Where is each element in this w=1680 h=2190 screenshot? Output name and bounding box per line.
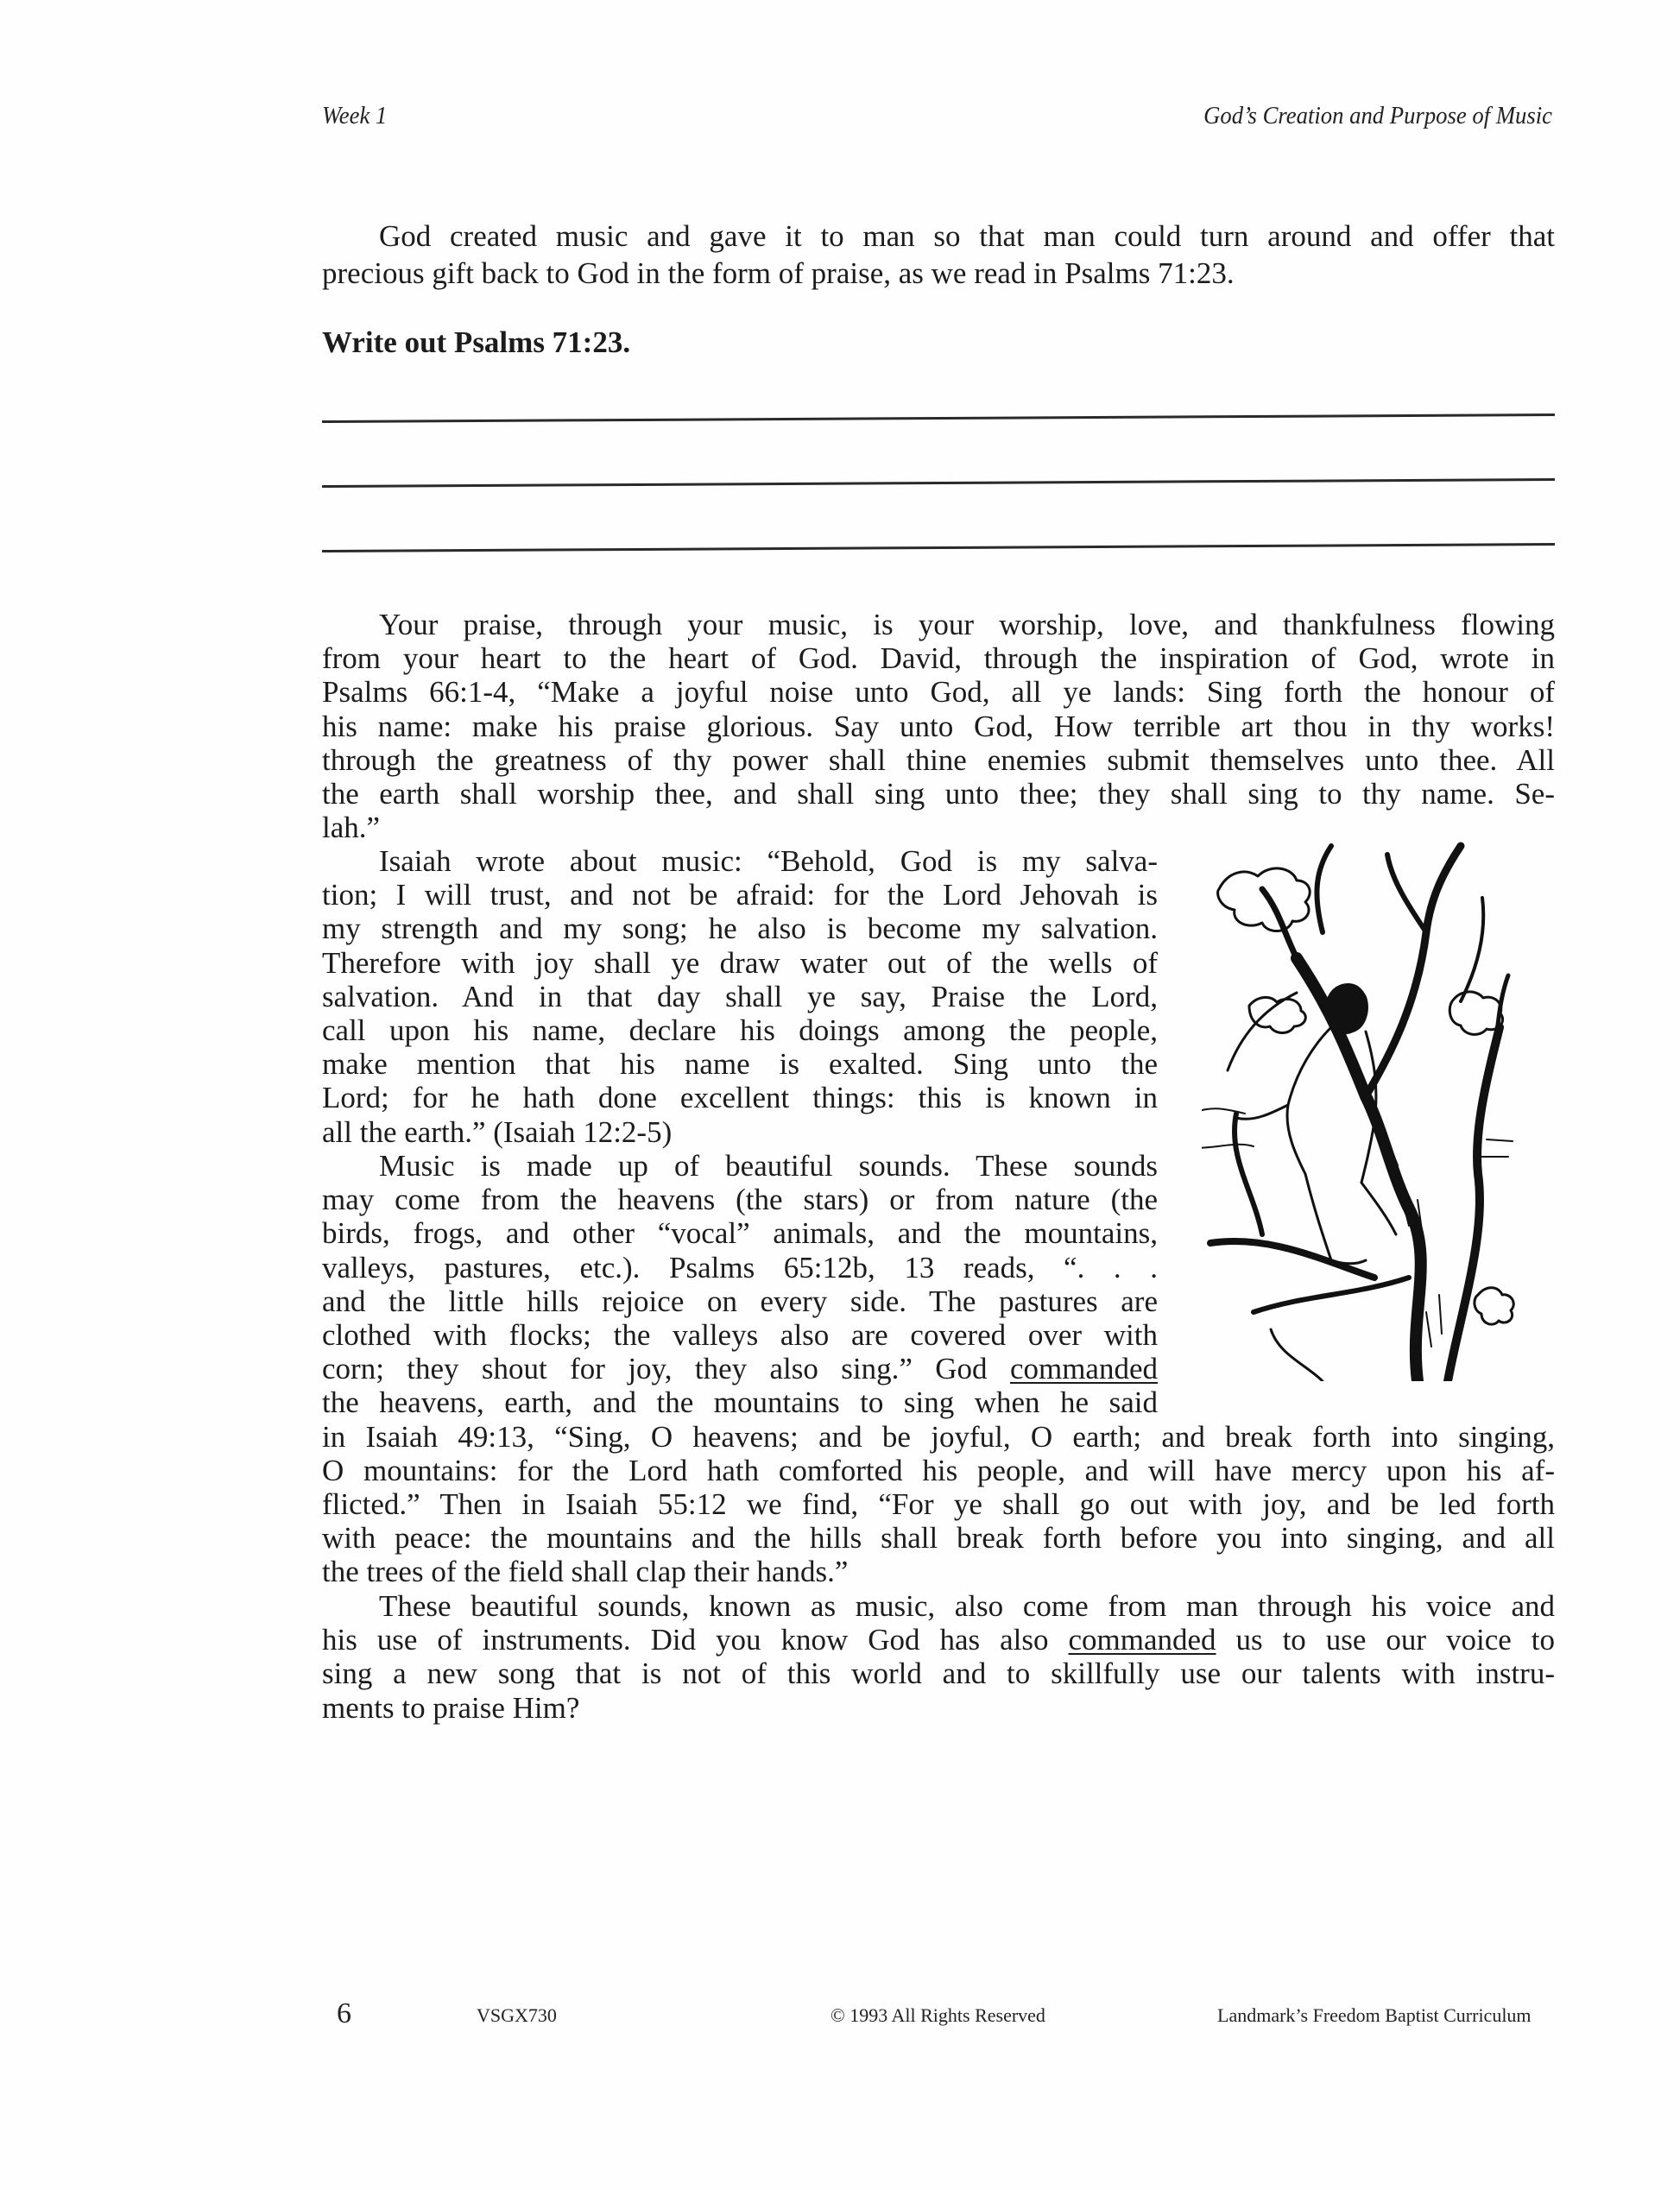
text-line: from your heart to the heart of God. Dav…	[322, 642, 1555, 675]
worksheet-page: Week 1 God’s Creation and Purpose of Mus…	[0, 0, 1680, 2190]
running-header-week: Week 1	[322, 102, 387, 130]
text-line: his name: make his praise glorious. Say …	[322, 710, 1555, 743]
underlined-emphasis: commanded	[1068, 1623, 1216, 1657]
text-line: O mountains: for the Lord hath comforted…	[322, 1455, 1555, 1487]
exercise-prompt: Write out Psalms 71:23.	[322, 326, 630, 359]
text-line: These beautiful sounds, known as music, …	[322, 1590, 1555, 1623]
text-line: my strength and my song; he also is beco…	[322, 912, 1158, 945]
text-line: birds, frogs, and other “vocal” animals,…	[322, 1217, 1158, 1250]
copyright-notice: © 1993 All Rights Reserved	[831, 2004, 1045, 2027]
underlined-emphasis: commanded	[1010, 1352, 1158, 1385]
text-line: salvation. And in that day shall ye say,…	[322, 981, 1158, 1013]
publisher-name: Landmark’s Freedom Baptist Curriculum	[1217, 2004, 1532, 2027]
text-line: ments to praise Him?	[322, 1692, 1555, 1725]
product-code: VSGX730	[477, 2004, 557, 2027]
text-line: his use of instruments. Did you know God…	[322, 1624, 1555, 1657]
text-line: through the greatness of thy power shall…	[322, 744, 1555, 777]
text-line: sing a new song that is not of this worl…	[322, 1657, 1555, 1690]
answer-line-1[interactable]	[322, 413, 1555, 423]
text-line: clothed with flocks; the valleys also ar…	[322, 1319, 1158, 1352]
text-line: with peace: the mountains and the hills …	[322, 1522, 1555, 1555]
text-line: and the little hills rejoice on every si…	[322, 1285, 1158, 1318]
text-line: valleys, pastures, etc.). Psalms 65:12b,…	[322, 1252, 1158, 1284]
text-line: Lord; for he hath done excellent things:…	[322, 1082, 1158, 1114]
answer-line-2[interactable]	[322, 478, 1555, 488]
page-number: 6	[337, 1998, 351, 2030]
text-line: call upon his name, declare his doings a…	[322, 1014, 1158, 1047]
text-line: all the earth.” (Isaiah 12:2-5)	[322, 1116, 1158, 1149]
text-line: make mention that his name is exalted. S…	[322, 1048, 1158, 1081]
text-line: Your praise, through your music, is your…	[322, 609, 1555, 641]
intro-line: God created music and gave it to man so …	[322, 220, 1555, 253]
text-line: may come from the heavens (the stars) or…	[322, 1183, 1158, 1216]
text-line: the trees of the field shall clap their …	[322, 1556, 1555, 1588]
text-line: the heavens, earth, and the mountains to…	[322, 1386, 1158, 1419]
running-header-title: God’s Creation and Purpose of Music	[1203, 102, 1552, 130]
intro-line: precious gift back to God in the form of…	[322, 257, 1555, 290]
text-line: flicted.” Then in Isaiah 55:12 we find, …	[322, 1488, 1555, 1521]
text-line: Isaiah wrote about music: “Behold, God i…	[322, 845, 1158, 878]
text-line: Therefore with joy shall ye draw water o…	[322, 947, 1158, 980]
text-line: Music is made up of beautiful sounds. Th…	[322, 1150, 1158, 1183]
boy-climbing-tree-illustration	[1202, 829, 1521, 1381]
text-line: in Isaiah 49:13, “Sing, O heavens; and b…	[322, 1421, 1555, 1454]
text-line: tion; I will trust, and not be afraid: f…	[322, 879, 1158, 912]
text-line: the earth shall worship thee, and shall …	[322, 778, 1555, 811]
text-line: Psalms 66:1-4, “Make a joyful noise unto…	[322, 676, 1555, 709]
text-line: corn; they shout for joy, they also sing…	[322, 1353, 1158, 1385]
answer-line-3[interactable]	[322, 543, 1555, 552]
